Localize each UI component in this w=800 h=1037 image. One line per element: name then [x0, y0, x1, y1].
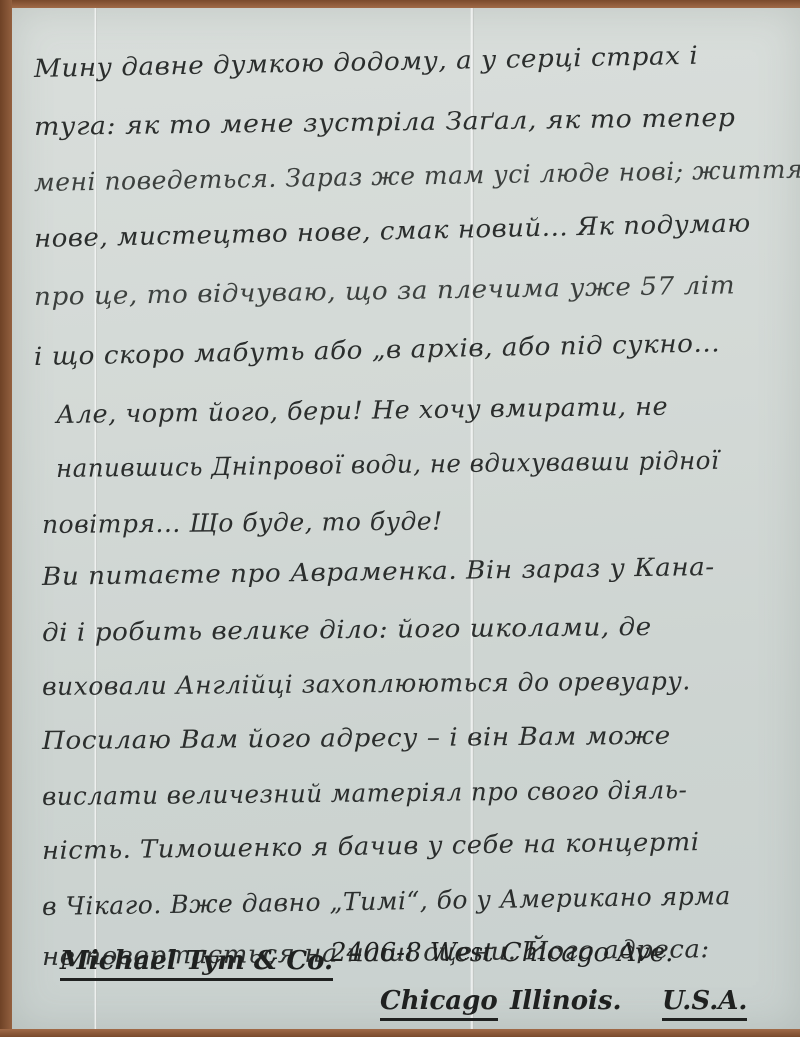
table-surface-left: [0, 0, 12, 1037]
address-name: Michael Tym & Co.: [60, 946, 333, 981]
letter-line: мені поведеться. Зараз же там усі люде н…: [34, 155, 800, 197]
address-street: 2406-8 West Chicago Ave.: [330, 938, 673, 968]
letter-line: напившись Дніпрової води, не вдихувавши …: [56, 446, 720, 483]
letter-line: ді і робить велике діло: його школами, д…: [42, 612, 652, 647]
letter-line: ність. Тимошенко я бачив у себе на конце…: [42, 827, 700, 865]
letter-line: вислати величезний матеріял про свого ді…: [42, 775, 688, 811]
table-surface-top: [0, 0, 800, 8]
letter-line: виховали Англійці захоплюються до оревуа…: [42, 666, 691, 701]
letter-line: Мину давне думкою додому, а у серці стра…: [34, 41, 699, 83]
letter-line: Посилаю Вам його адресу – і він Вам може: [42, 721, 671, 755]
letter-line: повітря... Що буде, то буде!: [42, 507, 443, 539]
letter-line: про це, то відчуваю, що за плечима уже 5…: [34, 270, 736, 311]
table-surface-bottom: [0, 1029, 800, 1037]
letter-page: Мину давне думкою додому, а у серці стра…: [12, 8, 800, 1029]
letter-line: і що скоро мабуть або „в архів, або під …: [34, 328, 721, 371]
letter-line: Але, чорт його, бери! Не хочу вмирати, н…: [56, 392, 668, 429]
letter-line: туга: як то мене зустріла Заґал, як то т…: [34, 103, 736, 141]
address-state: Illinois.: [510, 986, 622, 1016]
letter-line: Ви питаєте про Авраменка. Він зараз у Ка…: [42, 552, 715, 591]
letter-line: нове, мистецтво нове, смак новий... Як п…: [34, 208, 751, 253]
letter-line: в Чікаго. Вже давно „Тимі“, бо у Америка…: [42, 881, 731, 921]
address-country: U.S.A.: [662, 986, 747, 1021]
address-city: Chicago: [380, 986, 498, 1021]
